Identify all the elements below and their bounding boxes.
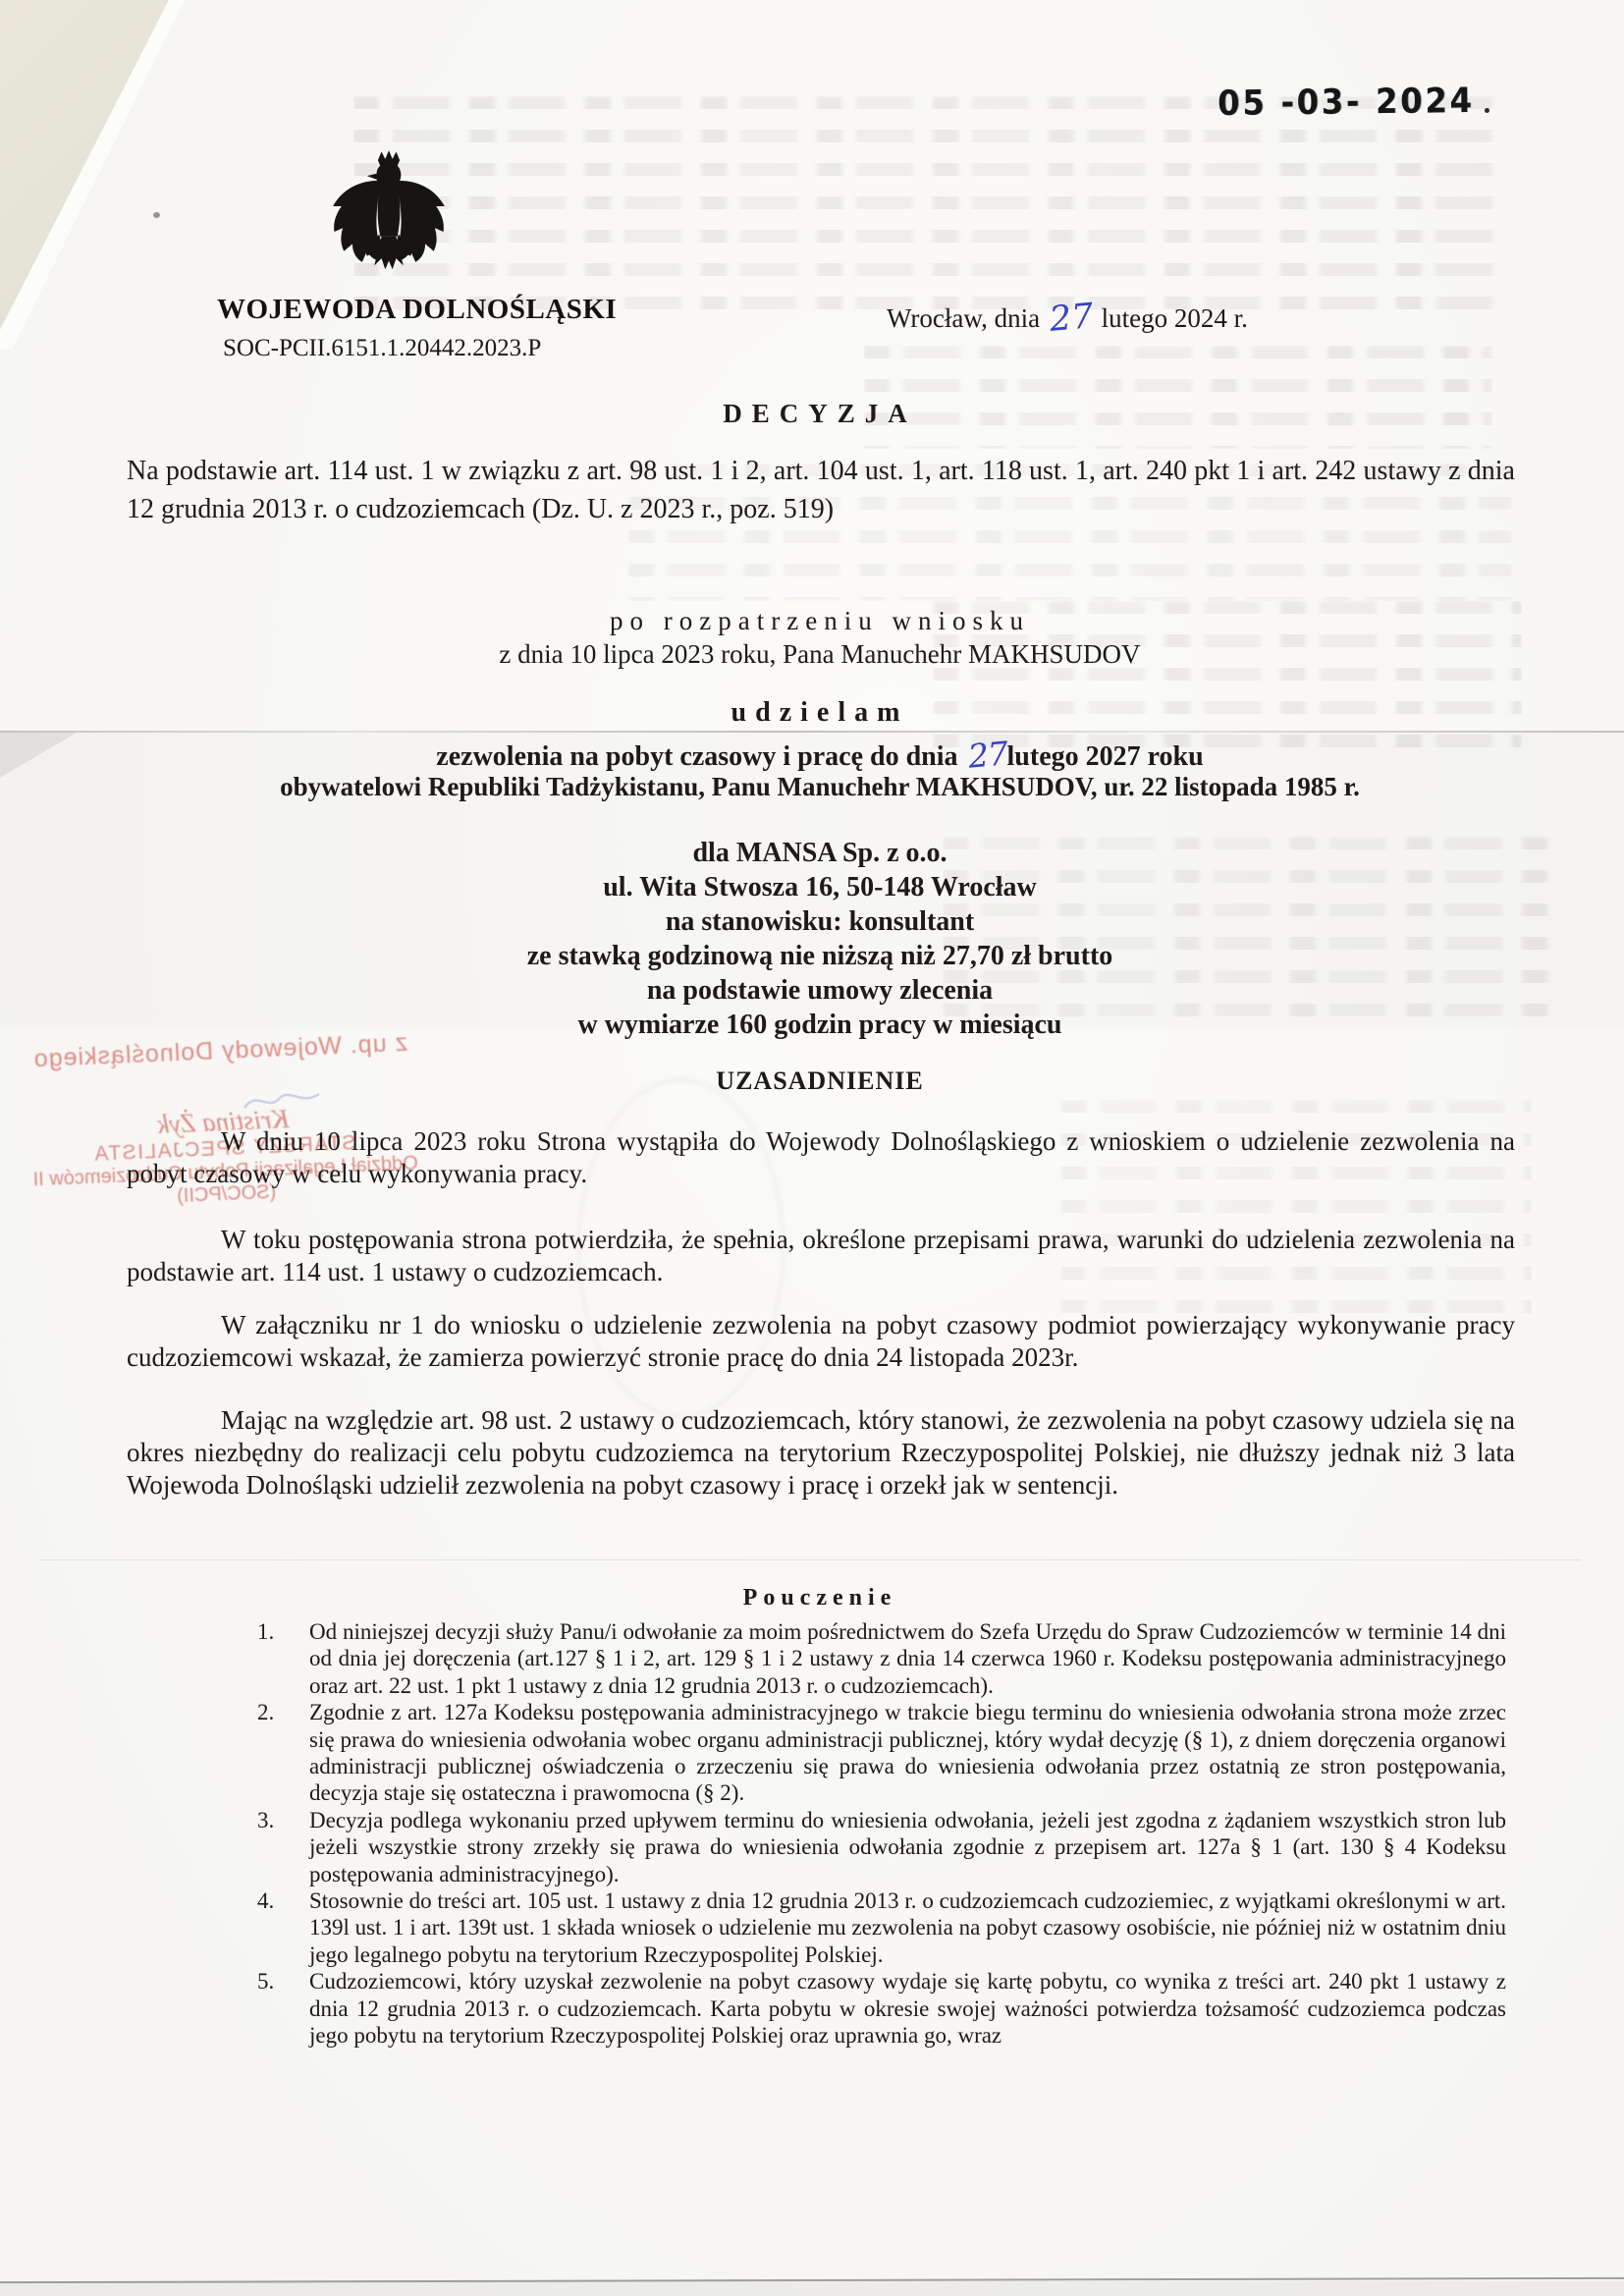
authority-name: WOJEWODA DOLNOŚLĄSKI bbox=[217, 294, 617, 326]
justification-heading: UZASADNIENIE bbox=[128, 1066, 1512, 1096]
employment-line: ul. Wita Stwosza 16, 50-148 Wrocław bbox=[128, 870, 1512, 904]
request-line: z dnia 10 lipca 2023 roku, Pana Manucheh… bbox=[128, 639, 1512, 670]
employment-line: na stanowisku: konsultant bbox=[128, 904, 1512, 939]
place-date-line: Wrocław, dnia27lutego 2024 r. bbox=[887, 297, 1248, 336]
instruction-heading: Pouczenie bbox=[128, 1585, 1512, 1612]
instruction-text: Od niniejszej decyzji służy Panu/i odwoł… bbox=[309, 1618, 1506, 1699]
employment-line: w wymiarze 160 godzin pracy w miesiącu bbox=[128, 1008, 1512, 1042]
justification-paragraph: W toku postępowania strona potwierdziła,… bbox=[127, 1224, 1515, 1288]
instruction-text: Decyzja podlega wykonaniu przed upływem … bbox=[309, 1807, 1506, 1887]
bleedthrough-texture bbox=[353, 96, 1502, 327]
beneficiary-line: obywatelowi Republiki Tadżykistanu, Panu… bbox=[128, 772, 1512, 802]
date-suffix: lutego 2024 r. bbox=[1102, 303, 1248, 333]
scan-speck bbox=[1485, 108, 1489, 113]
case-number: SOC-PCII.6151.1.20442.2023.P bbox=[223, 335, 541, 362]
justification-paragraph: W załączniku nr 1 do wniosku o udzieleni… bbox=[127, 1309, 1515, 1374]
instruction-number: 2. bbox=[257, 1699, 309, 1807]
employment-line: ze stawką godzinową nie niższą niż 27,70… bbox=[128, 939, 1512, 973]
handwritten-grant-day: 27 bbox=[966, 734, 1008, 775]
polish-eagle-emblem bbox=[328, 149, 450, 289]
scan-speck bbox=[153, 212, 160, 218]
employment-line: na podstawie umowy zlecenia bbox=[128, 973, 1512, 1008]
eagle-icon bbox=[328, 149, 450, 289]
instruction-item: 3. Decyzja podlega wykonaniu przed upływ… bbox=[257, 1807, 1506, 1887]
scan-seam bbox=[0, 731, 1624, 733]
legal-basis-paragraph: Na podstawie art. 114 ust. 1 w związku z… bbox=[127, 452, 1515, 528]
instruction-text: Cudzoziemcowi, który uzyskał zezwolenie … bbox=[309, 1968, 1506, 2049]
instruction-number: 5. bbox=[257, 1968, 309, 2049]
instruction-number: 1. bbox=[257, 1618, 309, 1699]
bleedthrough-texture bbox=[864, 346, 1492, 449]
grant-until-suffix: lutego 2027 roku bbox=[1007, 741, 1204, 772]
grant-line: zezwolenia na pobyt czasowy i pracę do d… bbox=[128, 735, 1512, 773]
date-prefix: Wrocław, dnia bbox=[887, 303, 1040, 333]
instruction-number: 4. bbox=[257, 1887, 309, 1968]
grant-word: udzielam bbox=[128, 697, 1512, 729]
page-bottom-shadow bbox=[0, 2281, 1624, 2296]
employment-block: dla MANSA Sp. z o.o. ul. Wita Stwosza 16… bbox=[128, 836, 1512, 1042]
instruction-item: 4. Stosownie do treści art. 105 ust. 1 u… bbox=[257, 1887, 1506, 1968]
instruction-text: Stosownie do treści art. 105 ust. 1 usta… bbox=[309, 1887, 1506, 1968]
document-title: DECYZJA bbox=[128, 399, 1512, 429]
instruction-text: Zgodnie z art. 127a Kodeksu postępowania… bbox=[309, 1699, 1506, 1807]
scan-artifact-line bbox=[39, 1559, 1581, 1560]
handwritten-day: 27 bbox=[1048, 297, 1095, 340]
instruction-item: 2. Zgodnie z art. 127a Kodeksu postępowa… bbox=[257, 1699, 1506, 1807]
justification-paragraph: Mając na względzie art. 98 ust. 2 ustawy… bbox=[127, 1404, 1515, 1502]
instruction-item: 1. Od niniejszej decyzji służy Panu/i od… bbox=[257, 1618, 1506, 1699]
after-review-line: po rozpatrzeniu wniosku bbox=[128, 606, 1512, 636]
justification-paragraph: W dniu 10 lipca 2023 roku Strona wystąpi… bbox=[127, 1125, 1515, 1190]
instruction-item: 5. Cudzoziemcowi, który uzyskał zezwolen… bbox=[257, 1968, 1506, 2049]
instruction-number: 3. bbox=[257, 1807, 309, 1887]
employment-line: dla MANSA Sp. z o.o. bbox=[128, 836, 1512, 870]
instruction-list: 1. Od niniejszej decyzji służy Panu/i od… bbox=[257, 1618, 1506, 2050]
grant-until-prefix: zezwolenia na pobyt czasowy i pracę do d… bbox=[436, 741, 957, 772]
scanned-decision-page: z up. Wojewody Dolnośląskiego Kristina Ż… bbox=[0, 0, 1624, 2296]
received-date-stamp: 05 -03- 2024 bbox=[1218, 82, 1475, 124]
